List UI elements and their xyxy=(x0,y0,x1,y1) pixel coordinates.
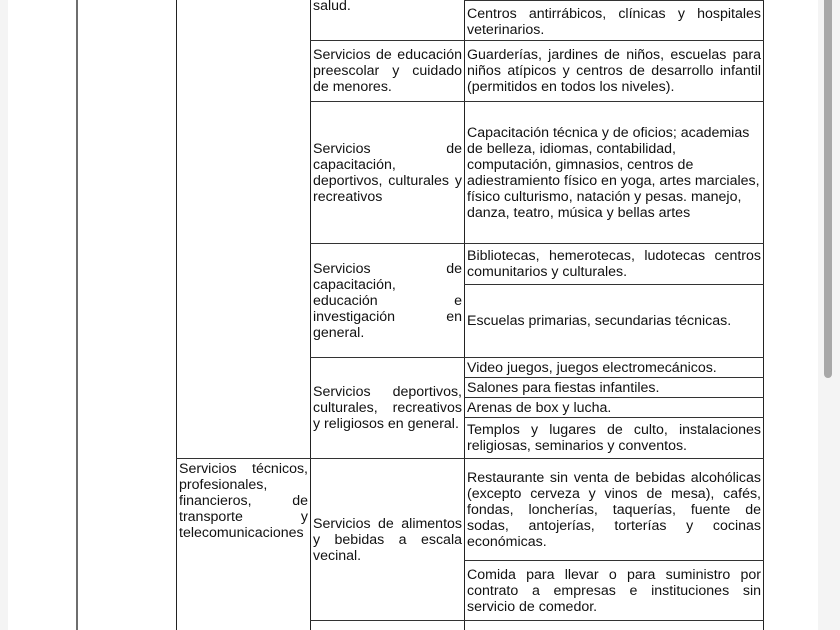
category-cell: Servicios técnicos, profesionales, finan… xyxy=(177,459,310,620)
use-cell: Escuelas primarias, secundarias técnicas… xyxy=(465,285,763,357)
scrollbar-thumb[interactable] xyxy=(824,0,832,378)
use-cell: Restaurante sin venta de bebidas alcohól… xyxy=(465,459,763,560)
use-text: Capacitación técnica y de oficios; acade… xyxy=(467,125,761,221)
use-cell: Salones para fiestas infantiles. xyxy=(465,378,763,397)
row-divider xyxy=(310,620,764,621)
subcategory-text: salud. xyxy=(313,0,351,14)
use-text: Comida para llevar o para suministro por… xyxy=(467,567,761,615)
subcategory-text: Servicios de alimentos y bebidas a escal… xyxy=(313,516,462,564)
use-text: Centros antirrábicos, clínicas y hospita… xyxy=(467,6,761,38)
subcategory-text: Servicios deportivos, culturales, recrea… xyxy=(313,384,462,432)
use-text: Guarderías, jardines de niños, escuelas … xyxy=(467,47,761,95)
use-cell: Centros antirrábicos, clínicas y hospita… xyxy=(465,4,763,40)
subcategory-cell: salud. xyxy=(311,0,464,40)
subcategory-cell: Servicios de alimentos y bebidas a escal… xyxy=(311,459,464,620)
use-cell: Bibliotecas, hemerotecas, ludotecas cent… xyxy=(465,244,763,284)
category-text: Servicios técnicos, profesionales, finan… xyxy=(179,461,308,541)
use-cell: Comida para llevar o para suministro por… xyxy=(465,561,763,620)
row-divider xyxy=(464,0,764,1)
use-text: Arenas de box y lucha. xyxy=(467,400,761,416)
subcategory-cell: Servicios de educación preescolar y cuid… xyxy=(311,41,464,101)
subcategory-cell: Servicios de capacitación, deportivos, c… xyxy=(311,102,464,243)
subcategory-text: Servicios de capacitación, educación e i… xyxy=(313,261,462,341)
use-cell: Arenas de box y lucha. xyxy=(465,398,763,417)
subcategory-cell: Servicios de capacitación, educación e i… xyxy=(311,244,464,357)
use-cell: Templos y lugares de culto, instalacione… xyxy=(465,418,763,458)
use-text: Restaurante sin venta de bebidas alcohól… xyxy=(467,470,761,550)
use-text: Templos y lugares de culto, instalacione… xyxy=(467,422,761,454)
use-text: Salones para fiestas infantiles. xyxy=(467,380,761,396)
use-cell: Guarderías, jardines de niños, escuelas … xyxy=(465,41,763,101)
subcategory-cell: Servicios deportivos, culturales, recrea… xyxy=(311,358,464,458)
use-cell: Capacitación técnica y de oficios; acade… xyxy=(465,102,763,243)
use-text: Escuelas primarias, secundarias técnicas… xyxy=(467,313,761,329)
subcategory-text: Servicios de capacitación, deportivos, c… xyxy=(313,141,462,205)
use-text: Bibliotecas, hemerotecas, ludotecas cent… xyxy=(467,248,761,280)
use-text: Video juegos, juegos electromecánicos. xyxy=(467,360,761,376)
use-cell: Video juegos, juegos electromecánicos. xyxy=(465,358,763,377)
table-border-right xyxy=(763,0,764,630)
subcategory-text: Servicios de educación preescolar y cuid… xyxy=(313,47,462,95)
table-border-left xyxy=(76,0,78,630)
